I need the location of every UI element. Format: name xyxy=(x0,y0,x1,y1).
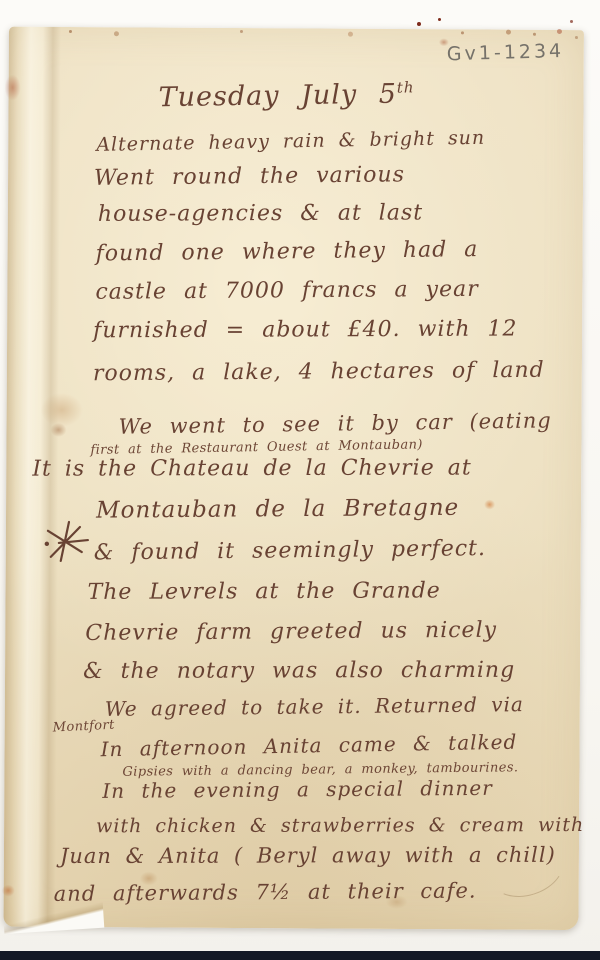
stain xyxy=(484,500,495,510)
archive-code: Gv1-1234 xyxy=(447,40,565,65)
photo-backdrop: Gv1-1234 Tuesday July 5th Alternate heav… xyxy=(0,0,600,960)
diary-line: found one where they had a xyxy=(96,237,479,266)
title-date: Tuesday July 5 xyxy=(158,79,397,114)
diary-line: furnished = about £40. with 12 xyxy=(93,316,517,343)
diary-line: Montauban de la Bretagne xyxy=(96,495,459,524)
ink-speck xyxy=(438,18,441,21)
page-title: Tuesday July 5th xyxy=(158,78,414,113)
photo-edge-strip xyxy=(0,951,600,960)
foxing-speckles xyxy=(9,27,12,30)
diary-line: & found it seemingly perfect. xyxy=(94,536,486,565)
diary-line: with chicken & strawberries & cream with xyxy=(96,814,584,837)
ink-speck xyxy=(417,22,421,26)
diary-line: Juan & Anita ( Beryl away with a chill) xyxy=(60,843,556,868)
diary-line: Alternate heavy rain & bright sun xyxy=(96,127,485,156)
bottom-fold-flap xyxy=(3,902,104,934)
diary-line: The Levrels at the Grande xyxy=(88,578,441,605)
corner-crease xyxy=(480,829,571,906)
stain xyxy=(41,393,83,427)
diary-line: and afterwards 7½ at their cafe. xyxy=(54,879,477,906)
diary-line: In afternoon Anita came & talked xyxy=(100,730,517,762)
diary-line: It is the Chateau de la Chevrie at xyxy=(32,456,471,482)
asterisk-icon xyxy=(44,519,90,567)
diary-page: Gv1-1234 Tuesday July 5th Alternate heav… xyxy=(4,27,584,930)
stain xyxy=(2,885,15,897)
diary-line: rooms, a lake, 4 hectares of land xyxy=(93,358,545,387)
diary-line: Chevrie farm greeted us nicely xyxy=(85,618,497,646)
diary-line: In the evening a special dinner xyxy=(102,776,493,803)
title-ordinal: th xyxy=(397,78,415,96)
ink-speck xyxy=(570,20,573,23)
diary-line: We agreed to take it. Returned via xyxy=(105,692,524,721)
diary-line: We went to see it by car (eating xyxy=(118,408,551,438)
stain xyxy=(5,75,21,101)
stain xyxy=(50,423,66,437)
diary-line: house-agencies & at last xyxy=(98,200,423,226)
diary-line: Went round the various xyxy=(94,162,405,191)
diary-line: castle at 7000 francs a year xyxy=(95,277,478,305)
margin-note-montfort: Montfort xyxy=(52,718,115,736)
diary-line: & the notary was also charming xyxy=(83,658,515,684)
